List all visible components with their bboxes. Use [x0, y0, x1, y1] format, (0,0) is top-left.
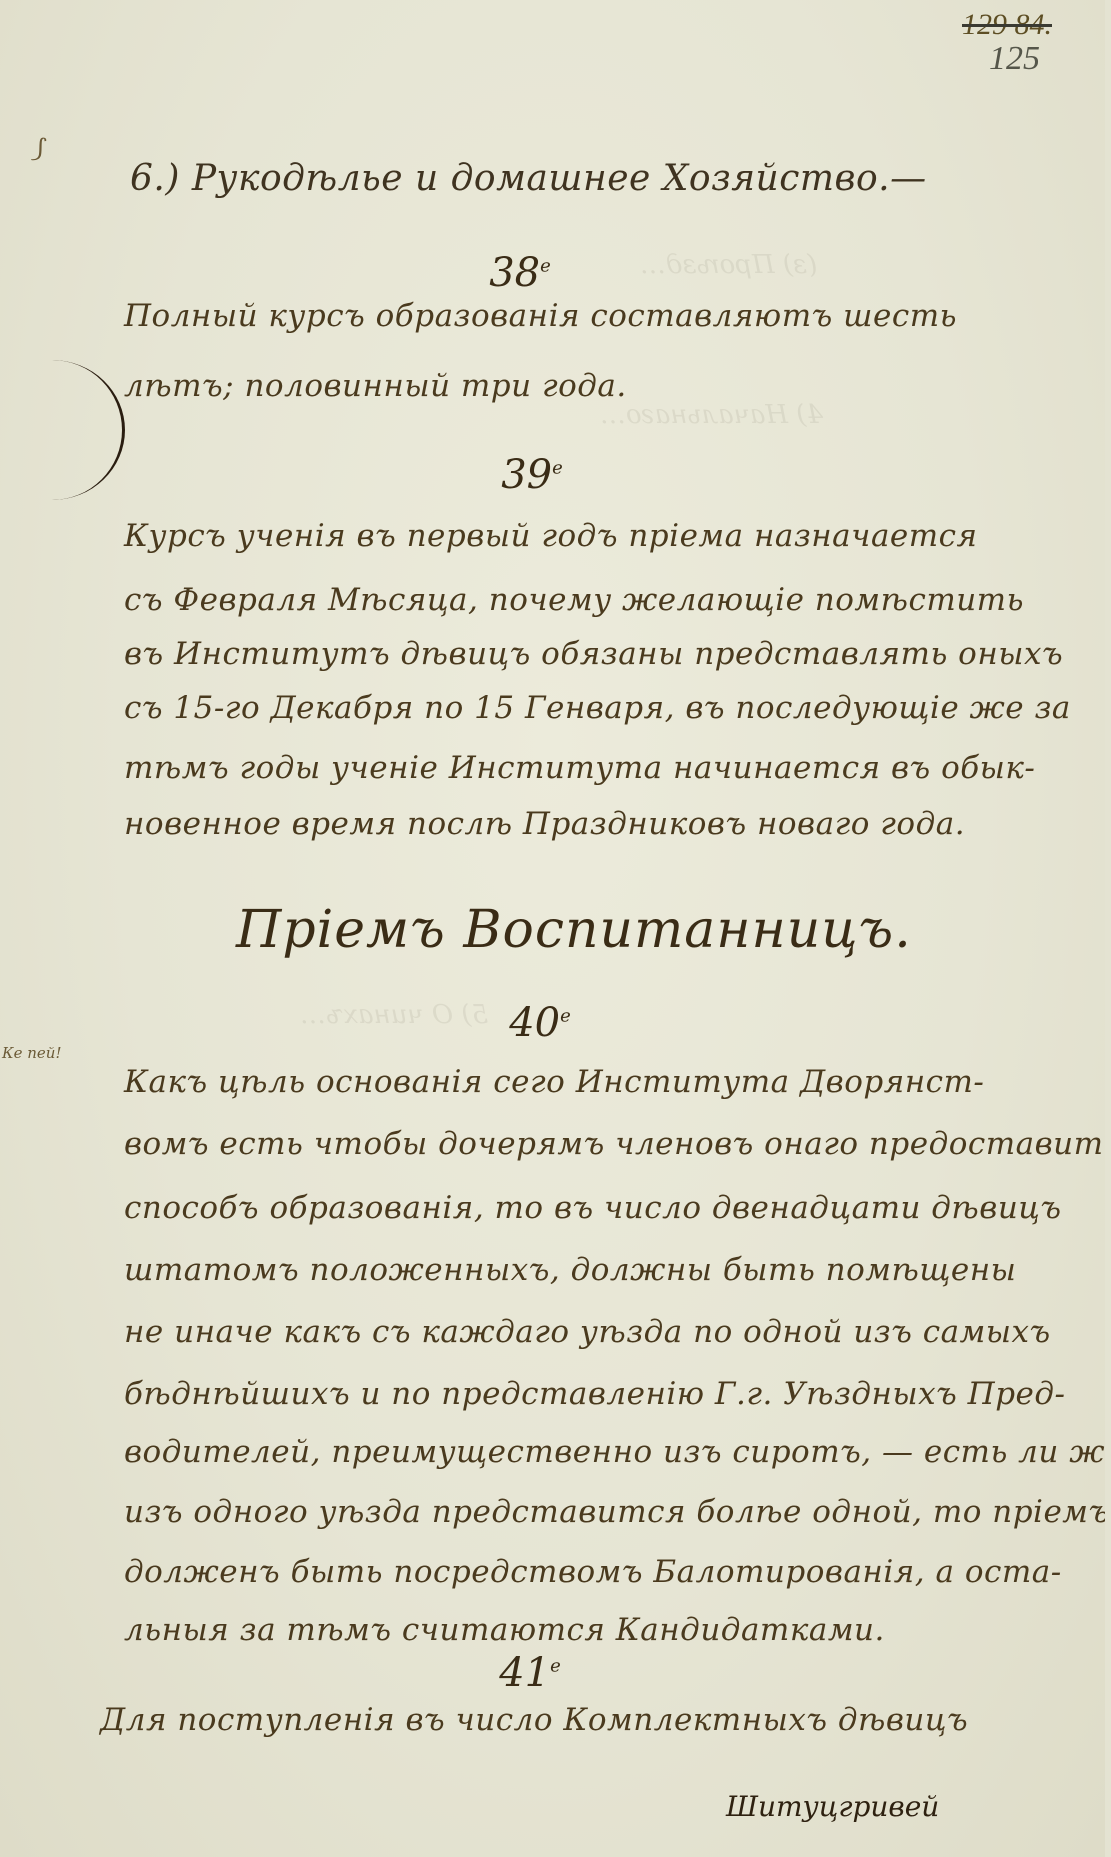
paragraph-40-line: изъ одного уѣзда представится болѣе одно…	[124, 1494, 1105, 1530]
paragraph-40-line: вомъ есть чтобы дочерямъ членовъ онаго п…	[124, 1126, 1105, 1162]
paragraph-38-line: Полный курсъ образованiя составляютъ шес…	[124, 298, 957, 334]
paragraph-number-value: 41	[499, 1650, 550, 1696]
section-heading: 6.) Рукодѣлье и домашнее Хозяйство.—	[130, 158, 927, 199]
paragraph-39-line: въ Институтъ дѣвицъ обязаны представлять…	[124, 636, 1063, 672]
paragraph-39-line: съ Февраля Мѣсяца, почему желающiе помѣс…	[124, 582, 1024, 618]
paragraph-39-line: съ 15-го Декабря по 15 Генваря, въ после…	[124, 690, 1071, 726]
paragraph-40-line: льныя за тѣмъ считаются Кандидатками.	[124, 1612, 885, 1648]
folio-new-number: 125	[932, 42, 1052, 76]
paragraph-number-38: 38е	[470, 250, 570, 296]
paragraph-number-41: 41е	[480, 1650, 580, 1696]
paragraph-40-line: не иначе какъ съ каждаго уѣзда по одной …	[124, 1314, 1051, 1350]
paragraph-number-suffix: е	[552, 458, 563, 479]
paragraph-number-39: 39е	[482, 452, 582, 498]
margin-bracket-mark	[52, 360, 125, 500]
manuscript-page: (з) Проѣзд… 4) Начальнаго… 5) О чинахъ… …	[0, 0, 1105, 1857]
paragraph-39-line: новенное время послѣ Праздниковъ новаго …	[124, 806, 965, 842]
paragraph-40-line: штатомъ положенныхъ, должны быть помѣщен…	[124, 1252, 1016, 1288]
margin-note-40: Ке пей!	[2, 1044, 61, 1062]
folio-number: 129 84. 125	[932, 10, 1052, 76]
paragraph-40-line: долженъ быть посредствомъ Балотированiя,…	[124, 1554, 1062, 1590]
folio-old-number: 129 84.	[932, 10, 1052, 40]
paragraph-number-suffix: е	[560, 1006, 571, 1027]
paragraph-40-line: способъ образованiя, то въ число двенадц…	[124, 1190, 1062, 1226]
paragraph-40-line: Какъ цѣль основанiя сего Института Дворя…	[124, 1064, 984, 1100]
signature: Шитуцгривей	[726, 1790, 939, 1823]
paragraph-number-value: 40	[509, 1000, 560, 1046]
paragraph-number-suffix: е	[540, 256, 551, 277]
paragraph-39-line: тѣмъ годы ученiе Института начинается въ…	[124, 750, 1035, 786]
paragraph-number-value: 38	[489, 250, 540, 296]
paragraph-41-line: Для поступленiя въ число Комплектныхъ дѣ…	[100, 1702, 968, 1738]
bleed-through-text: 4) Начальнаго…	[600, 400, 823, 430]
paragraph-number-value: 39	[501, 452, 552, 498]
paragraph-number-40: 40е	[490, 1000, 590, 1046]
paragraph-number-suffix: е	[550, 1656, 561, 1677]
margin-tick-mark: ⟆	[31, 133, 46, 164]
bleed-through-text: 5) О чинахъ…	[300, 1000, 488, 1030]
section-title-admission: Прiемъ Воспитанницъ.	[236, 900, 912, 960]
paragraph-40-line: бѣднѣйшихъ и по представленiю Г.г. Уѣздн…	[124, 1376, 1066, 1412]
paragraph-40-line: водителей, преимущественно изъ сиротъ, —…	[124, 1434, 1105, 1470]
paragraph-39-line: Курсъ ученiя въ первый годъ прiема назна…	[124, 518, 978, 554]
bleed-through-text: (з) Проѣзд…	[640, 250, 817, 280]
paragraph-38-line: лѣтъ; половинный три года.	[124, 368, 627, 404]
